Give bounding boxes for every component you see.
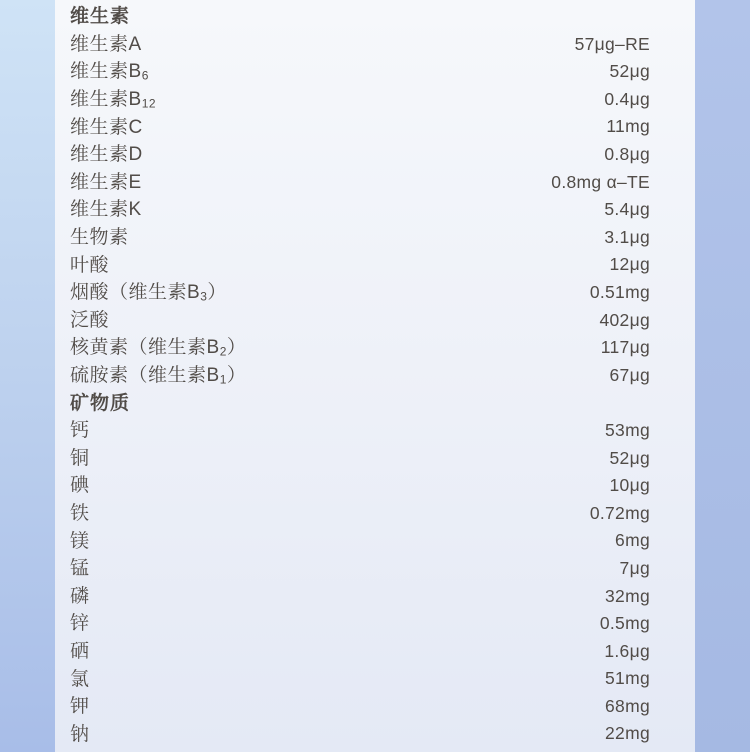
subscript: 6 <box>142 69 149 83</box>
table-row-potassium: 钾 68mg <box>70 693 650 721</box>
table-row-sodium: 钠 22mg <box>70 720 650 748</box>
nutrient-label: 硫胺素（维生素B1） <box>70 366 246 385</box>
nutrient-value: 51mg <box>605 670 650 688</box>
nutrient-value: 117μg <box>601 339 650 357</box>
nutrient-label: 锰 <box>70 559 90 578</box>
nutrient-value: 53mg <box>605 422 650 440</box>
nutrient-value: 10μg <box>610 477 650 495</box>
table-row-magnesium: 镁 6mg <box>70 527 650 555</box>
table-row-vitamin-d: 维生素D 0.8μg <box>70 141 650 169</box>
table-row-chloride: 氯 51mg <box>70 665 650 693</box>
nutrient-label: 泛酸 <box>70 311 109 330</box>
nutrient-value: 11mg <box>606 118 650 136</box>
table-row-folate: 叶酸 12μg <box>70 251 650 279</box>
table-row-niacin: 烟酸（维生素B3） 0.51mg <box>70 279 650 307</box>
nutrient-label: 维生素K <box>70 200 142 219</box>
table-row-vitamin-b6: 维生素B6 52μg <box>70 58 650 86</box>
nutrient-label: 烟酸（维生素B3） <box>70 283 227 302</box>
nutrient-value: 1.6μg <box>604 643 650 661</box>
nutrient-label: 叶酸 <box>70 256 109 275</box>
nutrient-label: 维生素B6 <box>70 62 149 81</box>
table-row-selenium: 硒 1.6μg <box>70 638 650 666</box>
table-row-pantothenic-acid: 泛酸 402μg <box>70 307 650 335</box>
table-row-manganese: 锰 7μg <box>70 555 650 583</box>
nutrient-value: 0.8mg α–TE <box>551 174 650 192</box>
table-row-vitamin-c: 维生素C 11mg <box>70 113 650 141</box>
nutrient-label: 钾 <box>70 697 90 716</box>
section-header-minerals: 矿物质 <box>70 389 650 417</box>
table-row-zinc: 锌 0.5mg <box>70 610 650 638</box>
nutrient-label: 钠 <box>70 725 90 744</box>
nutrient-label: 维生素C <box>70 118 143 137</box>
nutrient-label: 维生素D <box>70 145 143 164</box>
section-header-vitamins: 维生素 <box>70 3 650 31</box>
nutrient-label: 维生素E <box>70 173 142 192</box>
nutrient-value: 3.1μg <box>604 229 650 247</box>
table-row-vitamin-k: 维生素K 5.4μg <box>70 196 650 224</box>
table-row-iodine: 碘 10μg <box>70 472 650 500</box>
table-row-copper: 铜 52μg <box>70 445 650 473</box>
nutrient-value: 57μg–RE <box>575 36 650 54</box>
nutrient-label: 铜 <box>70 449 90 468</box>
table-row-calcium: 钙 53mg <box>70 417 650 445</box>
nutrient-value: 12μg <box>610 256 650 274</box>
nutrient-value: 402μg <box>599 312 650 330</box>
subscript: 12 <box>142 97 156 111</box>
nutrient-value: 5.4μg <box>604 201 650 219</box>
nutrient-value: 0.8μg <box>604 146 650 164</box>
nutrient-value: 52μg <box>610 63 650 81</box>
nutrient-label: 锌 <box>70 614 90 633</box>
table-row-biotin: 生物素 3.1μg <box>70 224 650 252</box>
background-gradient-left <box>0 0 55 752</box>
nutrient-label: 镁 <box>70 532 90 551</box>
nutrient-label: 氯 <box>70 670 90 689</box>
nutrient-label: 钙 <box>70 421 90 440</box>
nutrient-value: 0.72mg <box>590 505 650 523</box>
section-title: 矿物质 <box>70 394 130 413</box>
nutrient-value: 0.51mg <box>590 284 650 302</box>
nutrient-label: 核黄素（维生素B2） <box>70 338 246 357</box>
nutrient-label: 硒 <box>70 642 90 661</box>
nutrient-label: 碘 <box>70 476 90 495</box>
subscript: 2 <box>220 345 227 359</box>
nutrient-label: 维生素B12 <box>70 90 156 109</box>
nutrient-label: 铁 <box>70 504 90 523</box>
nutrient-label: 维生素A <box>70 35 142 54</box>
nutrient-label: 磷 <box>70 587 90 606</box>
nutrition-table: 维生素 维生素A 57μg–RE 维生素B6 52μg 维生素B12 0.4μg… <box>55 0 695 752</box>
table-row-vitamin-a: 维生素A 57μg–RE <box>70 31 650 59</box>
subscript: 1 <box>220 373 227 387</box>
nutrient-value: 6mg <box>615 532 650 550</box>
nutrient-value: 32mg <box>605 588 650 606</box>
table-row-iron: 铁 0.72mg <box>70 500 650 528</box>
table-row-phosphorus: 磷 32mg <box>70 582 650 610</box>
table-row-thiamine: 硫胺素（维生素B1） 67μg <box>70 362 650 390</box>
nutrient-value: 68mg <box>605 698 650 716</box>
nutrient-value: 52μg <box>610 450 650 468</box>
nutrient-value: 0.5mg <box>600 615 650 633</box>
background-gradient-right <box>695 0 750 752</box>
nutrient-label: 生物素 <box>70 228 129 247</box>
table-row-vitamin-e: 维生素E 0.8mg α–TE <box>70 169 650 197</box>
nutrient-value: 0.4μg <box>604 91 650 109</box>
table-row-vitamin-b12: 维生素B12 0.4μg <box>70 86 650 114</box>
table-row-riboflavin: 核黄素（维生素B2） 117μg <box>70 334 650 362</box>
nutrient-value: 7μg <box>620 560 650 578</box>
nutrient-value: 67μg <box>610 367 650 385</box>
nutrient-value: 22mg <box>605 725 650 743</box>
section-title: 维生素 <box>70 7 130 26</box>
